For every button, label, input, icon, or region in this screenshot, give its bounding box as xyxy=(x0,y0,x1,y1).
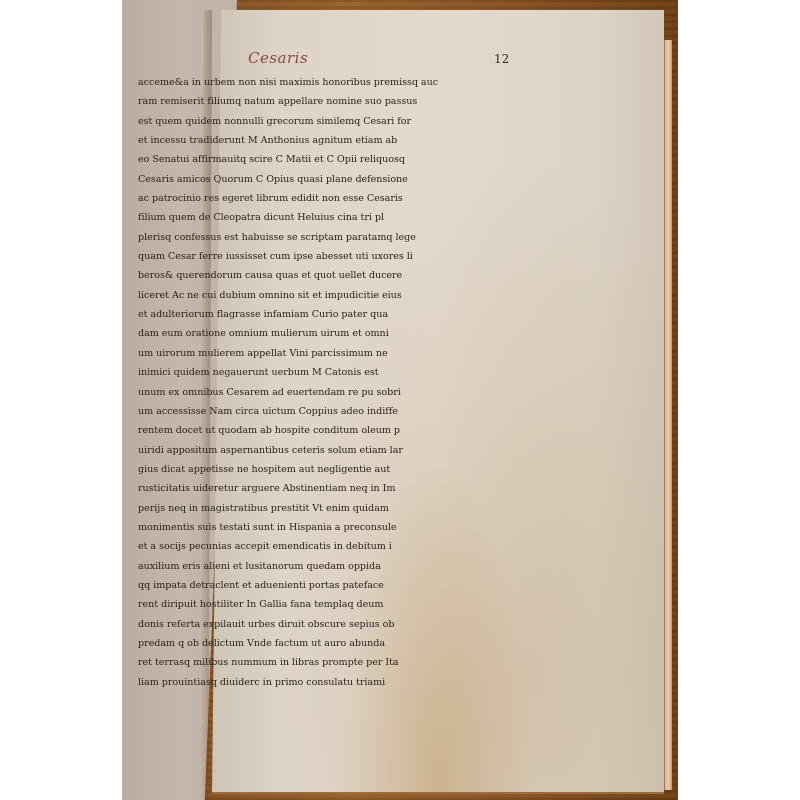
text-line: donis referta expilauit urbes diruit obs… xyxy=(138,615,443,634)
manuscript-text-block: acceme&a in urbem non nisi maximis honor… xyxy=(138,73,443,692)
text-line: est quem quidem nonnulli grecorum simile… xyxy=(138,112,443,131)
folio-number: 12 xyxy=(494,52,509,66)
text-line: gius dicat appetisse ne hospitem aut neg… xyxy=(138,460,443,479)
text-line: inimici quidem negauerunt uerbum M Caton… xyxy=(138,363,443,382)
text-line: ram remiserit filiumq natum appellare no… xyxy=(138,92,443,111)
text-line: liam prouintiasq diuiderc in primo consu… xyxy=(138,673,443,692)
text-line: et incessu tradiderunt M Anthonius agnit… xyxy=(138,131,443,150)
text-line: monimentis suis testati sunt in Hispania… xyxy=(138,518,443,537)
text-line: um accessisse Nam circa uictum Coppius a… xyxy=(138,402,443,421)
text-line: perijs neq in magistratibus prestitit Vt… xyxy=(138,499,443,518)
text-line: dam eum oratione omnium mulierum uirum e… xyxy=(138,324,443,343)
text-line: um uirorum mulierem appellat Vini parcis… xyxy=(138,344,443,363)
text-line: quam Cesar ferre iussisset cum ipse abes… xyxy=(138,247,443,266)
text-line: qq impata detraclent et aduenienti porta… xyxy=(138,576,443,595)
page-stack-edge xyxy=(664,40,672,790)
text-line: rusticitatis uideretur arguere Abstinent… xyxy=(138,479,443,498)
text-line: plerisq confessus est habuisse se script… xyxy=(138,228,443,247)
text-line: unum ex omnibus Cesarem ad euertendam re… xyxy=(138,383,443,402)
text-line: rent diripuit hostiliter In Gallia fana … xyxy=(138,595,443,614)
text-line: Cesaris amicos Quorum C Opius quasi plan… xyxy=(138,170,443,189)
text-line: liceret Ac ne cui dubium omnino sit et i… xyxy=(138,286,443,305)
text-line: filium quem de Cleopatra dicunt Heluius … xyxy=(138,208,443,227)
text-line: acceme&a in urbem non nisi maximis honor… xyxy=(138,73,443,92)
text-line: et a socijs pecunias accepit emendicatis… xyxy=(138,537,443,556)
text-line: auxilium eris alieni et lusitanorum qued… xyxy=(138,557,443,576)
text-line: rentem docet ut quodam ab hospite condit… xyxy=(138,421,443,440)
running-head: Cesaris xyxy=(248,49,348,67)
text-line: uiridi appositum aspernantibus ceteris s… xyxy=(138,441,443,460)
text-line: beros& querendorum causa quas et quot ue… xyxy=(138,266,443,285)
text-line: eo Senatui affirmauitq scire C Matii et … xyxy=(138,150,443,169)
text-line: et adulteriorum flagrasse infamiam Curio… xyxy=(138,305,443,324)
text-line: predam q ob delictum Vnde factum ut auro… xyxy=(138,634,443,653)
text-line: ac patrocinio res egeret librum edidit n… xyxy=(138,189,443,208)
text-line: ret terrasq milibus nummum in libras pro… xyxy=(138,653,443,672)
